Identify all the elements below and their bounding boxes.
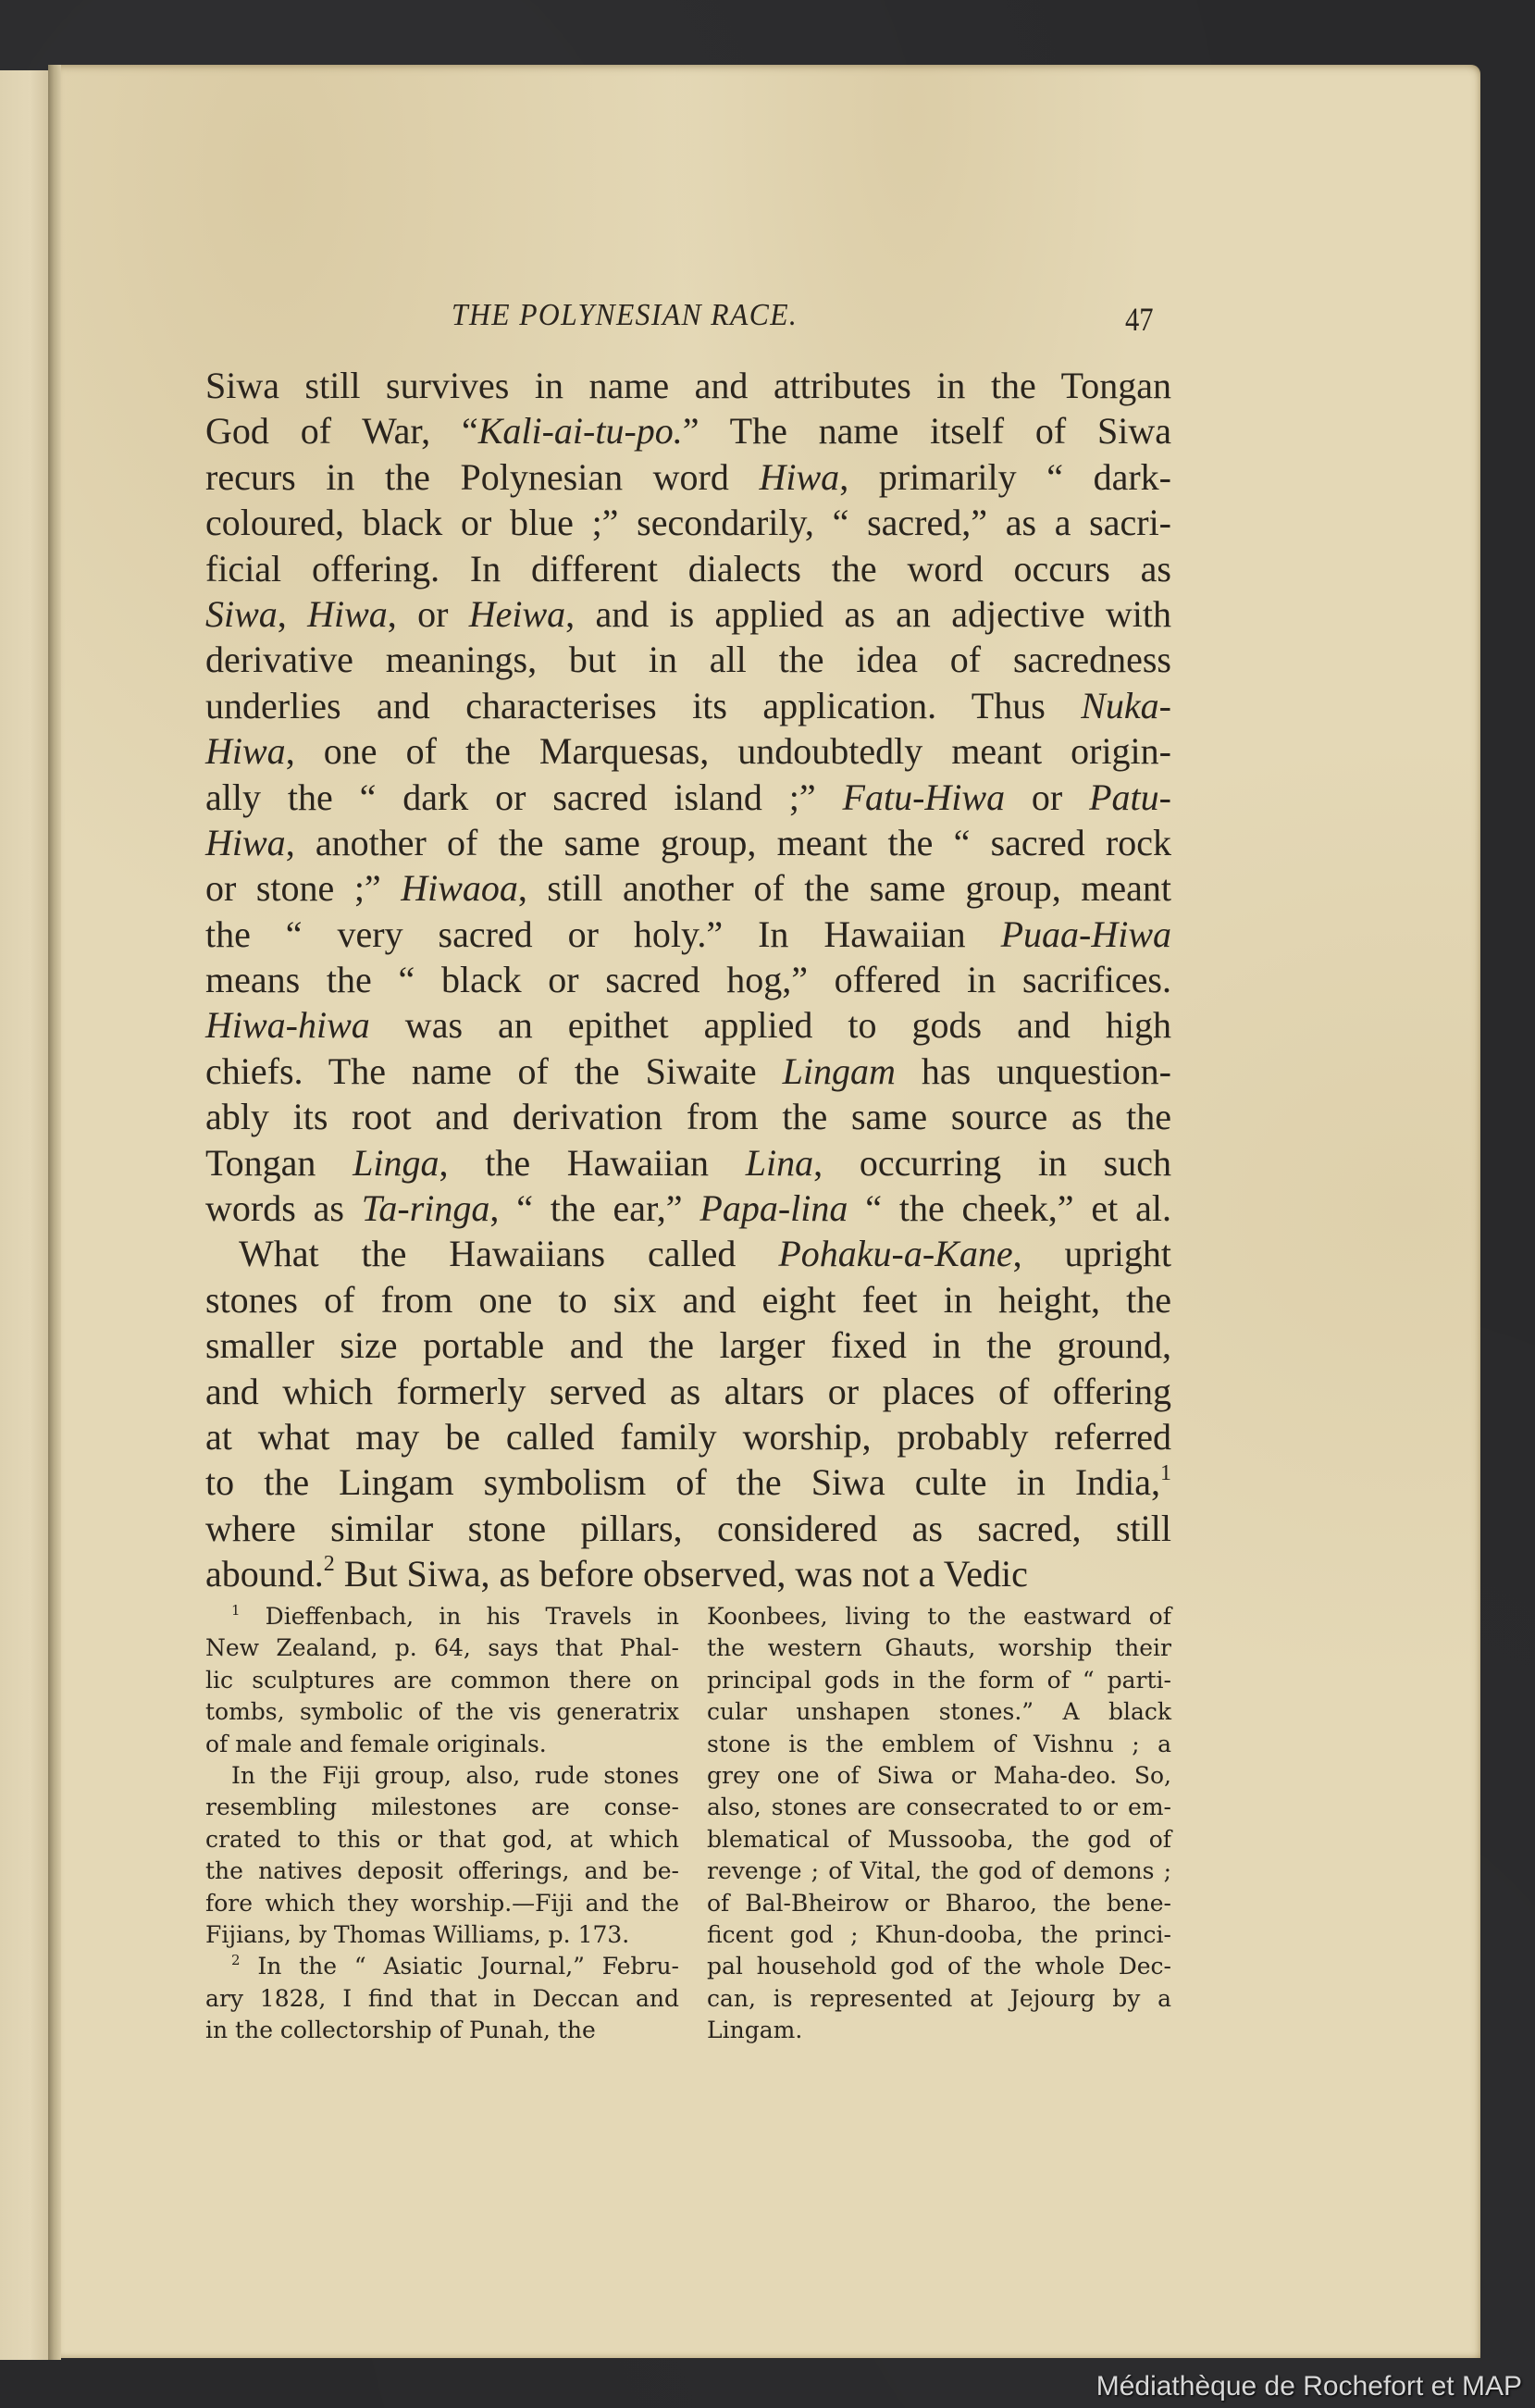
- footnote-line: also, stones are consecrated to or em-: [707, 1792, 1171, 1823]
- running-title: THE POLYNESIAN RACE.: [452, 298, 798, 333]
- body-line: Hiwa, one of the Marquesas, undoubtedly …: [205, 728, 1171, 774]
- body-line: What the Hawaiians called Pohaku-a-Kane,…: [205, 1231, 1171, 1276]
- body-line: smaller size portable and the larger fix…: [205, 1322, 1171, 1368]
- footnote-line: lic sculptures are common there on: [205, 1665, 679, 1696]
- footnote-line: 2 In the “ Asiatic Journal,” Febru-: [205, 1951, 679, 1982]
- footnote-line: can, is represented at Jejourg by a: [707, 1983, 1171, 2015]
- footnote-line: pal household god of the whole Dec-: [707, 1951, 1171, 1982]
- body-line: Hiwa-hiwa was an epithet applied to gods…: [205, 1002, 1171, 1048]
- footnote-line: in the collectorship of Punah, the: [205, 2015, 679, 2046]
- footnote-line: grey one of Siwa or Maha-deo. So,: [707, 1760, 1171, 1792]
- page-number: 47: [1125, 300, 1154, 339]
- credit-watermark: Médiathèque de Rochefort et MAP: [1096, 2371, 1522, 2402]
- footnote-line: ary 1828, I find that in Deccan and: [205, 1983, 679, 2015]
- footnote-line: of male and female originals.: [205, 1729, 679, 1760]
- footnote-line: ficent god ; Khun-dooba, the princi-: [707, 1919, 1171, 1951]
- body-line: words as Ta-ringa, “ the ear,” Papa-lina…: [205, 1185, 1171, 1231]
- footnote-line: principal gods in the form of “ parti-: [707, 1665, 1171, 1696]
- body-line: at what may be called family worship, pr…: [205, 1414, 1171, 1459]
- body-line: stones of from one to six and eight feet…: [205, 1277, 1171, 1322]
- body-line: to the Lingam symbolism of the Siwa cult…: [205, 1459, 1171, 1505]
- footnote-line: In the Fiji group, also, rude stones: [205, 1760, 679, 1792]
- body-line: derivative meanings, but in all the idea…: [205, 637, 1171, 682]
- book-gutter: [48, 65, 61, 2360]
- footnote-line: 1 Dieffenbach, in his Travels in: [205, 1601, 679, 1632]
- footnote-line: Koonbees, living to the eastward of: [707, 1601, 1171, 1632]
- body-line: coloured, black or blue ;” secondarily, …: [205, 500, 1171, 545]
- body-text: Siwa still survives in name and attribut…: [205, 363, 1171, 1597]
- body-line: Tongan Linga, the Hawaiian Lina, occurri…: [205, 1140, 1171, 1185]
- footnote-line: stone is the emblem of Vishnu ; a: [707, 1729, 1171, 1760]
- footnotes-left-column: 1 Dieffenbach, in his Travels inNew Zeal…: [205, 1601, 679, 2046]
- body-line: God of War, “Kali-ai-tu-po.” The name it…: [205, 408, 1171, 453]
- footnote-line: resembling milestones are conse-: [205, 1792, 679, 1823]
- footnote-line: New Zealand, p. 64, says that Phal-: [205, 1632, 679, 1664]
- body-line: ficial offering. In different dialects t…: [205, 546, 1171, 591]
- body-line: where similar stone pillars, considered …: [205, 1506, 1171, 1551]
- footnote-line: revenge ; of Vital, the god of demons ;: [707, 1856, 1171, 1887]
- body-line: the “ very sacred or holy.” In Hawaiian …: [205, 912, 1171, 957]
- footnote-line: Lingam.: [707, 2015, 1171, 2046]
- body-line: and which formerly served as altars or p…: [205, 1369, 1171, 1414]
- body-line: underlies and characterises its applicat…: [205, 683, 1171, 728]
- body-line: recurs in the Polynesian word Hiwa, prim…: [205, 454, 1171, 500]
- body-line: abound.2 But Siwa, as before observed, w…: [205, 1551, 1171, 1596]
- footnote-line: blematical of Mussooba, the god of: [707, 1824, 1171, 1856]
- body-line: Siwa still survives in name and attribut…: [205, 363, 1171, 408]
- footnote-line: tombs, symbolic of the vis generatrix: [205, 1696, 679, 1728]
- previous-page-edge: [0, 70, 50, 2360]
- body-line: or stone ;” Hiwaoa, still another of the…: [205, 865, 1171, 911]
- body-line: Hiwa, another of the same group, meant t…: [205, 820, 1171, 865]
- footnote-line: the western Ghauts, worship their: [707, 1632, 1171, 1664]
- footnote-line: cular unshapen stones.” A black: [707, 1696, 1171, 1728]
- body-line: Siwa, Hiwa, or Heiwa, and is applied as …: [205, 591, 1171, 637]
- body-line: means the “ black or sacred hog,” offere…: [205, 957, 1171, 1002]
- footnotes-right-column: Koonbees, living to the eastward ofthe w…: [707, 1601, 1171, 2046]
- footnote-line: fore which they worship.—Fiji and the: [205, 1888, 679, 1919]
- body-line: chiefs. The name of the Siwaite Lingam h…: [205, 1049, 1171, 1094]
- footnote-line: the natives deposit offerings, and be-: [205, 1856, 679, 1887]
- body-line: ally the “ dark or sacred island ;” Fatu…: [205, 775, 1171, 820]
- footnote-line: crated to this or that god, at which: [205, 1824, 679, 1856]
- footnote-line: Fijians, by Thomas Williams, p. 173.: [205, 1919, 679, 1951]
- footnote-line: of Bal-Bheirow or Bharoo, the bene-: [707, 1888, 1171, 1919]
- body-line: ably its root and derivation from the sa…: [205, 1094, 1171, 1139]
